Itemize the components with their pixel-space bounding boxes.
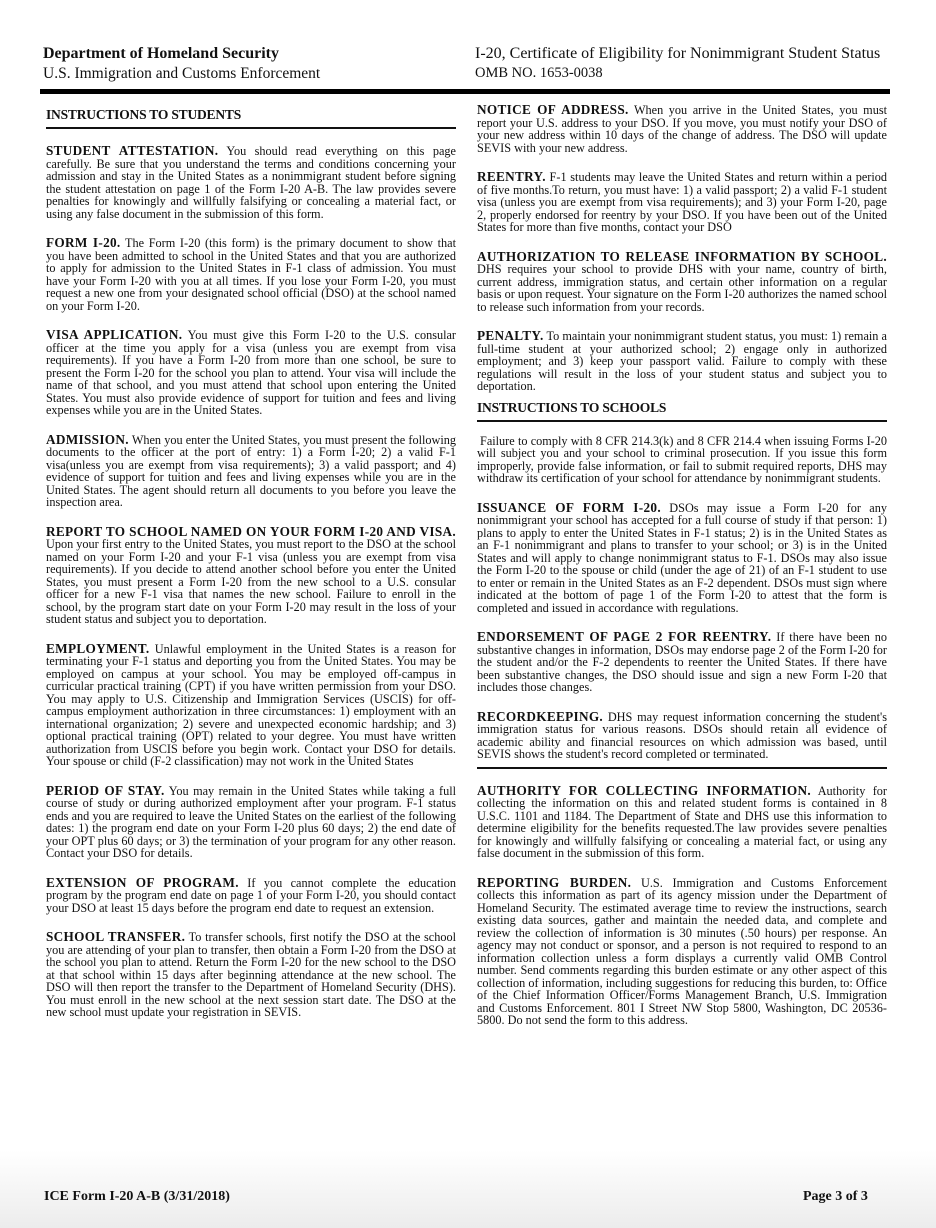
section-authorization-to-release: AUTHORIZATION TO RELEASE INFORMATION BY … xyxy=(477,251,887,314)
section-authority-for-collecting: AUTHORITY FOR COLLECTING INFORMATION. Au… xyxy=(477,785,887,860)
section-report-to-school: REPORT TO SCHOOL NAMED ON YOUR FORM I-20… xyxy=(46,526,456,626)
section-body: Unlawful employment in the United States… xyxy=(46,642,456,769)
form-title: I-20, Certificate of Eligibility for Non… xyxy=(475,44,880,64)
instructions-to-students-heading: INSTRUCTIONS TO STUDENTS xyxy=(46,100,456,129)
section-endorsement-page2: ENDORSEMENT OF PAGE 2 FOR REENTRY. If th… xyxy=(477,631,887,694)
section-school-transfer: SCHOOL TRANSFER. To transfer schools, fi… xyxy=(46,931,456,1019)
section-student-attestation: STUDENT ATTESTATION. You should read eve… xyxy=(46,145,456,220)
form-edition-label: ICE Form I-20 A-B (3/31/2018) xyxy=(44,1189,230,1205)
section-reentry: REENTRY. F-1 students may leave the Unit… xyxy=(477,171,887,234)
section-reporting-burden: REPORTING BURDEN. U.S. Immigration and C… xyxy=(477,877,887,1027)
section-recordkeeping: RECORDKEEPING. DHS may request informati… xyxy=(477,711,887,761)
issuing-agency-block: Department of Homeland Security U.S. Imm… xyxy=(43,44,320,83)
section-penalty: PENALTY. To maintain your nonimmigrant s… xyxy=(477,330,887,393)
section-body: DSOs may issue a Form I-20 for any nonim… xyxy=(477,501,887,615)
schools-intro: Failure to comply with 8 CFR 214.3(k) an… xyxy=(477,435,887,485)
form-identity-block: I-20, Certificate of Eligibility for Non… xyxy=(475,44,880,83)
section-notice-of-address: NOTICE OF ADDRESS. When you arrive in th… xyxy=(477,104,887,154)
section-divider xyxy=(477,767,887,769)
section-body: U.S. Immigration and Customs Enforcement… xyxy=(477,876,887,1028)
section-issuance-of-form: ISSUANCE OF FORM I-20. DSOs may issue a … xyxy=(477,502,887,615)
section-period-of-stay: PERIOD OF STAY. You may remain in the Un… xyxy=(46,785,456,860)
section-admission: ADMISSION. When you enter the United Sta… xyxy=(46,434,456,509)
section-body: DHS requires your school to provide DHS … xyxy=(477,262,887,314)
right-column: NOTICE OF ADDRESS. When you arrive in th… xyxy=(477,104,887,1044)
document-page: Department of Homeland Security U.S. Imm… xyxy=(0,0,936,1228)
section-body: You must give this Form I-20 to the U.S.… xyxy=(46,328,456,417)
instructions-to-schools-heading: INSTRUCTIONS TO SCHOOLS xyxy=(477,393,887,422)
page-header: Department of Homeland Security U.S. Imm… xyxy=(43,44,890,86)
section-visa-application: VISA APPLICATION. You must give this For… xyxy=(46,329,456,417)
left-column: INSTRUCTIONS TO STUDENTS STUDENT ATTESTA… xyxy=(46,100,456,1036)
section-extension-of-program: EXTENSION OF PROGRAM. If you cannot comp… xyxy=(46,877,456,915)
department-name: Department of Homeland Security xyxy=(43,44,320,64)
section-employment: EMPLOYMENT. Unlawful employment in the U… xyxy=(46,643,456,768)
header-rule xyxy=(40,89,890,94)
section-body: Upon your first entry to the United Stat… xyxy=(46,537,456,626)
omb-number: OMB NO. 1653-0038 xyxy=(475,64,880,83)
section-body: To transfer schools, first notify the DS… xyxy=(46,930,456,1019)
agency-name: U.S. Immigration and Customs Enforcement xyxy=(43,64,320,83)
section-form-i20: FORM I-20. The Form I-20 (this form) is … xyxy=(46,237,456,312)
page-number: Page 3 of 3 xyxy=(803,1189,868,1205)
